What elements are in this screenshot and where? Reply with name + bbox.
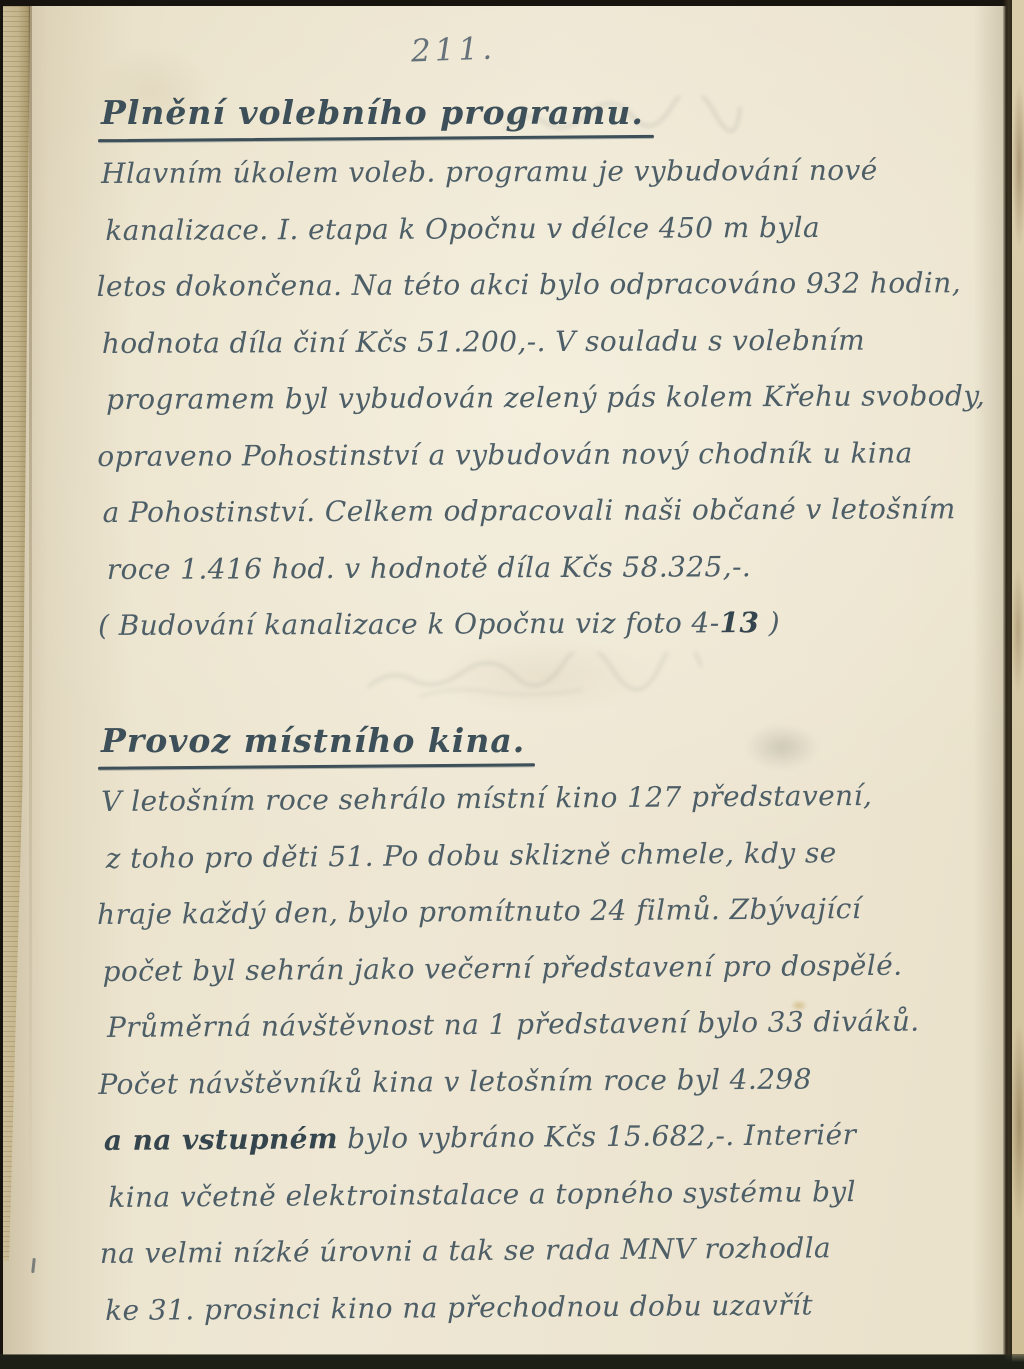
handwritten-line: počet byl sehrán jako večerní představen…	[102, 937, 919, 1000]
paragraph: V letošním roce sehrálo místní kino 127 …	[101, 768, 922, 1339]
handwritten-line: z toho pro děti 51. Po dobu sklizně chme…	[105, 824, 918, 887]
line-segment: a Pohostinství. Celkem odpracovali naši …	[103, 492, 956, 529]
book-gutter-shadow	[1003, 0, 1012, 1369]
handwritten-line: ke 31. prosinci kino na přechodnou dobu …	[105, 1276, 922, 1339]
line-segment: z toho pro děti 51. Po dobu sklizně chme…	[106, 836, 837, 875]
page-number: 211.	[410, 31, 496, 70]
line-segment: opraveno Pohostinství a vybudován nový c…	[97, 436, 913, 473]
line-segment: ke 31. prosinci kino na přechodnou dobu …	[105, 1288, 813, 1327]
line-segment: ( Budování kanalizace k Opočnu viz foto …	[98, 606, 720, 642]
book-page-edges	[3, 6, 30, 1261]
line-segment: letos dokončena. Na této akci bylo odpra…	[97, 266, 962, 303]
line-segment: Průměrná návštěvnost na 1 představení by…	[107, 1005, 920, 1044]
line-segment: hraje každý den, bylo promítnuto 24 film…	[97, 892, 861, 931]
handwritten-line: programem byl vybudován zelený pás kolem…	[106, 368, 985, 428]
line-segment: kina včetně elektroinstalace a topného s…	[108, 1175, 856, 1214]
page-fold-crease	[29, 6, 32, 1236]
handwritten-line: Průměrná návštěvnost na 1 představení by…	[107, 994, 920, 1057]
line-segment: počet byl sehrán jako večerní představen…	[102, 948, 902, 987]
line-segment: 13	[720, 606, 760, 639]
handwritten-line: ( Budování kanalizace k Opočnu viz foto …	[98, 594, 986, 654]
section-heading: Provoz místního kina.	[101, 716, 525, 766]
handwritten-line: kanalizace. I. etapa k Opočnu v délce 45…	[105, 199, 984, 259]
handwritten-line: kina včetně elektroinstalace a topného s…	[108, 1163, 921, 1226]
handwritten-line: letos dokončena. Na této akci bylo odpra…	[96, 255, 984, 315]
scan-border-bottom	[0, 1354, 1024, 1369]
section-election-program: Plnění volebního programu. Hlavním úkole…	[101, 88, 984, 655]
line-segment: Hlavním úkolem voleb. programu je vybudo…	[101, 154, 878, 190]
next-page-edge	[1012, 0, 1024, 1369]
line-segment: roce 1.416 hod. v hodnotě díla Kčs 58.32…	[107, 550, 751, 586]
handwritten-line: a Pohostinství. Celkem odpracovali naši …	[102, 481, 985, 541]
section-local-cinema: Provoz místního kina. V letošním roce se…	[101, 716, 918, 1339]
line-segment: Počet návštěvníků kina v letošním roce b…	[98, 1062, 812, 1101]
handwritten-line: a na vstupném bylo vybráno Kčs 15.682,-.…	[104, 1107, 921, 1170]
handwritten-line: hodnota díla činí Kčs 51.200,-. V soulad…	[102, 312, 985, 372]
line-segment: programem byl vybudován zelený pás kolem…	[106, 379, 985, 416]
line-segment: )	[759, 606, 780, 639]
handwritten-line: hraje každý den, bylo promítnuto 24 film…	[97, 881, 919, 944]
line-segment: bylo vybráno Kčs 15.682,-. Interiér	[338, 1118, 857, 1155]
heading-wrap: Plnění volebního programu.	[101, 88, 984, 146]
handwritten-line: Hlavním úkolem voleb. programu je vybudo…	[101, 142, 984, 202]
notebook-page: 211. Plnění volebního programu. Hlavním …	[3, 6, 1007, 1355]
line-segment: V letošním roce sehrálo místní kino 127 …	[101, 779, 872, 818]
line-segment: na velmi nízké úrovni a tak se rada MNV …	[100, 1231, 832, 1270]
margin-ink-mark	[31, 1258, 36, 1273]
handwritten-line: V letošním roce sehrálo místní kino 127 …	[101, 768, 918, 831]
handwritten-line: na velmi nízké úrovni a tak se rada MNV …	[100, 1220, 922, 1283]
handwritten-line: roce 1.416 hod. v hodnotě díla Kčs 58.32…	[107, 538, 986, 598]
section-heading: Plnění volebního programu.	[101, 88, 644, 138]
line-segment: a na vstupném	[104, 1122, 338, 1157]
paragraph: Hlavním úkolem voleb. programu je vybudo…	[101, 142, 986, 654]
handwritten-line: Počet návštěvníků kina v letošním roce b…	[98, 1050, 920, 1113]
handwritten-line: opraveno Pohostinství a vybudován nový c…	[97, 425, 985, 485]
line-segment: kanalizace. I. etapa k Opočnu v délce 45…	[105, 210, 820, 246]
heading-wrap: Provoz místního kina.	[101, 716, 918, 774]
line-segment: hodnota díla činí Kčs 51.200,-. V soulad…	[102, 323, 865, 359]
